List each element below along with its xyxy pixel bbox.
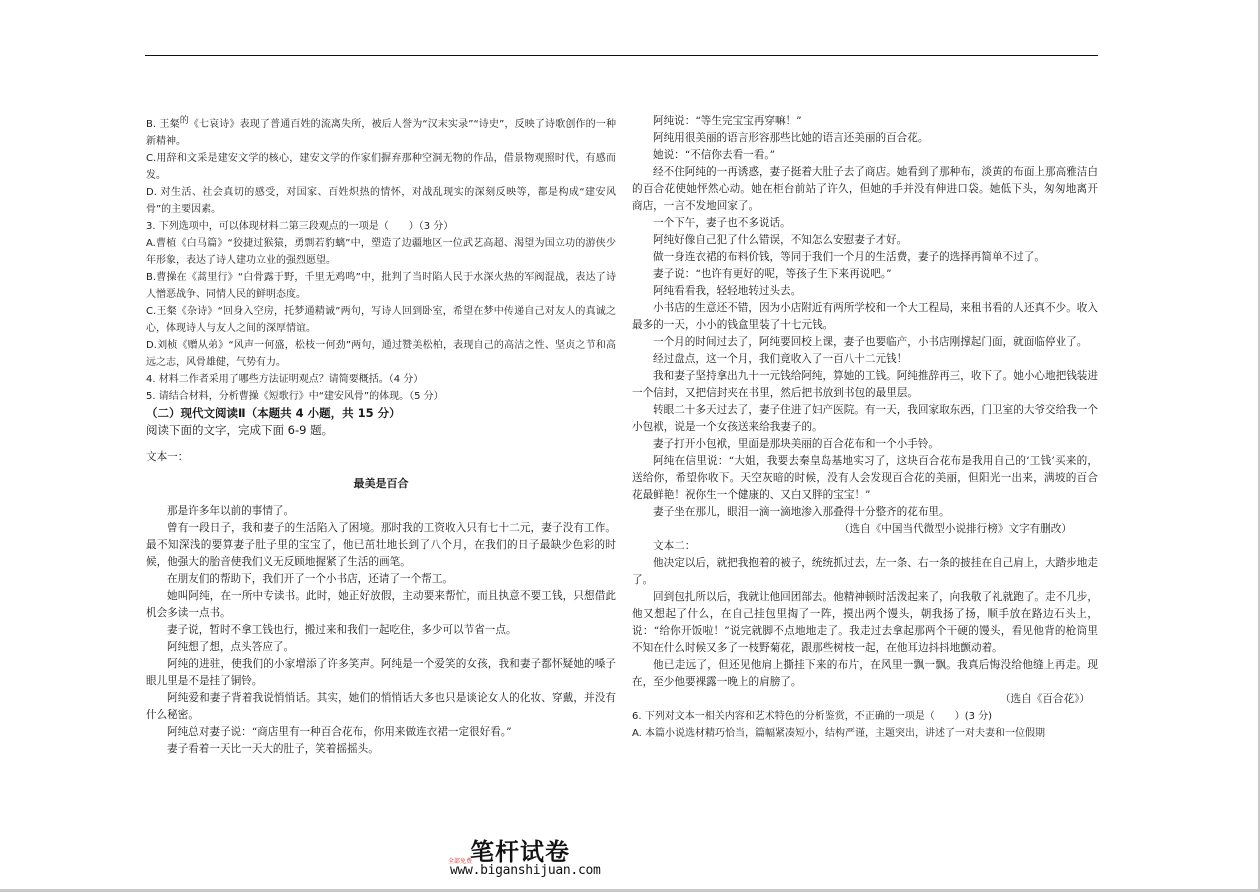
logo-text: 笔杆试卷 [470, 832, 570, 867]
story-paragraph: 经过盘点，这一个月，我们竟收入了一百八十二元钱！ [632, 351, 1098, 368]
story-paragraph: 妻子打开小包袱，里面是那块美丽的百合花布和一个小手铃。 [632, 436, 1098, 453]
right-column: 阿纯说：“等生完宝宝再穿嘛！” 阿纯用很美丽的语言形容那些比她的语言还美丽的百合… [632, 113, 1098, 742]
question-4: 4. 材料二作者采用了哪些方法证明观点？请简要概括。（4 分） [146, 371, 616, 388]
story-paragraph: 阿纯在信里说：“大姐，我要去秦皇岛基地实习了，这块百合花布是我用自己的‘工钱’买… [632, 453, 1098, 504]
text-two-paragraph: 他已走远了，但还见他肩上撕挂下来的布片，在风里一飘一飘。我真后悔没给他缝上再走。… [632, 657, 1098, 691]
text-two-paragraph: 回到包扎所以后，我就让他回团部去。他精神顿时活泼起来了，向我敬了礼就跑了。走不几… [632, 589, 1098, 657]
story-paragraph: 转眼二十多天过去了，妻子住进了妇产医院。有一天，我回家取东西，门卫室的大爷交给我… [632, 402, 1098, 436]
question-3-option-d: D.刘桢《赠从弟》“风声一何盛，松枝一何劲”两句，通过赞美松柏，表现自己的高洁之… [146, 337, 616, 371]
story-title: 最美是百合 [146, 475, 616, 492]
question-5: 5. 请结合材料，分析曹操《短歌行》中“建安风骨”的体现。（5 分） [146, 388, 616, 405]
question-3-option-c: C.王粲《杂诗》“回身入空房，托梦通精诚”两句，写诗人回到卧室，希望在梦中传递自… [146, 303, 616, 337]
source-citation: （选自《中国当代微型小说排行榜》文字有删改） [632, 521, 1098, 538]
option-text: 《七哀诗》表现了普通百姓的流离失所，被后人誉为“汉末实录”“诗史”，反映了诗歌创… [146, 119, 616, 147]
story-paragraph: 一个下午，妻子也不多说话。 [632, 215, 1098, 232]
story-paragraph: 那是许多年以前的事情了。 [146, 503, 616, 520]
story-paragraph: 阿纯想了想，点头答应了。 [146, 639, 616, 656]
story-paragraph: 她叫阿纯，在一所中专读书。此时，她正好放假，主动要来帮忙，而且执意不要工钱，只想… [146, 588, 616, 622]
story-paragraph: 经不住阿纯的一再诱惑，妻子挺着大肚子去了商店。她看到了那种布，淡黄的布面上那高雅… [632, 164, 1098, 215]
text-two-label: 文本二： [632, 538, 1098, 555]
story-paragraph: 妻子坐在那儿，眼泪一滴一滴地渗入那叠得十分整齐的花布里。 [632, 504, 1098, 521]
story-paragraph: 阿纯看看我，轻轻地转过头去。 [632, 283, 1098, 300]
option-text: 王粲 [156, 119, 180, 130]
story-paragraph: 阿纯好像自己犯了什么错误，不知怎么安慰妻子才好。 [632, 232, 1098, 249]
story-paragraph: 小书店的生意还不错，因为小店附近有两所学校和一个大工程局，来租书看的人还真不少。… [632, 300, 1098, 334]
question-3: 3. 下列选项中，可以体现材料二第三段观点的一项是（ ）（3 分） [146, 218, 616, 235]
story-paragraph: 阿纯爱和妻子背着我说悄悄话。其实，她们的悄悄话大多也只是谈论女人的化妆、穿戴，并… [146, 690, 616, 724]
site-logo[interactable]: 全部免费 笔杆试卷 www.biganshijuan.com [448, 832, 608, 882]
question-3-option-a: A.曹植《白马篇》“狡捷过猴猿，勇剽若豹螭”中，塑造了边疆地区一位武艺高超、渴望… [146, 235, 616, 269]
story-paragraph: 在朋友们的帮助下，我们开了一个小书店，还请了一个帮工。 [146, 571, 616, 588]
option-c-item: C.用辞和文采是建安文学的核心，建安文学的作家们摒弃那种空洞无物的作品，借景物观… [146, 150, 616, 184]
story-paragraph: 妻子看着一天比一天大的肚子，笑着摇摇头。 [146, 741, 616, 758]
text-two-paragraph: 他决定以后，就把我抱着的被子，统统抓过去，左一条、右一条的披挂在自己肩上，大踏步… [632, 555, 1098, 589]
story-paragraph: 阿纯总对妻子说：“商店里有一种百合花布，你用来做连衣裙一定很好看。” [146, 724, 616, 741]
source-citation: （选自《百合花》） [632, 691, 1098, 708]
story-paragraph: 我和妻子坚持拿出九十一元钱给阿纯，算她的工钱。阿纯推辞再三，收下了。她小心地把钱… [632, 368, 1098, 402]
story-paragraph: 阿纯的进驻，使我们的小家增添了许多笑声。阿纯是一个爱笑的女孩，我和妻子都怀疑她的… [146, 656, 616, 690]
question-6-option-a: A. 本篇小说选材精巧恰当，篇幅紧凑短小，结构严谨，主题突出，讲述了一对夫妻和一… [632, 725, 1098, 742]
option-label: B. [146, 119, 156, 130]
story-paragraph: 做一身连衣裙的布料价钱，等同于我们一个月的生活费，妻子的选择再简单不过了。 [632, 249, 1098, 266]
story-paragraph: 一个月的时间过去了，阿纯要回校上课，妻子也要临产，小书店刚撑起门面，就面临停业了… [632, 334, 1098, 351]
story-paragraph: 阿纯说：“等生完宝宝再穿嘛！” [632, 113, 1098, 130]
section-intro: 阅读下面的文字，完成下面 6-9 题。 [146, 422, 616, 439]
story-paragraph: 妻子说，暂时不拿工钱也行，搬过来和我们一起吃住，多少可以节省一点。 [146, 622, 616, 639]
option-b-item: B. 王粲的《七哀诗》表现了普通百姓的流离失所，被后人誉为“汉末实录”“诗史”，… [146, 113, 616, 150]
story-paragraph: 阿纯用很美丽的语言形容那些比她的语言还美丽的百合花。 [632, 130, 1098, 147]
question-6: 6. 下列对文本一相关内容和艺术特色的分析鉴赏，不正确的一项是（ ）(3 分) [632, 708, 1098, 725]
left-column: B. 王粲的《七哀诗》表现了普通百姓的流离失所，被后人誉为“汉末实录”“诗史”，… [146, 113, 616, 758]
story-paragraph: 曾有一段日子，我和妻子的生活陷入了困境。那时我的工资收入只有七十二元，妻子没有工… [146, 520, 616, 571]
question-3-option-b: B.曹操在《蒿里行》“白骨露于野，千里无鸡鸣”中，批判了当时陷人民于水深火热的军… [146, 269, 616, 303]
option-d-item: D. 对生活、社会真切的感受，对国家、百姓炽热的情怀，对战乱现实的深刻反映等，都… [146, 184, 616, 218]
text-one-label: 文本一： [146, 449, 616, 466]
logo-url[interactable]: www.biganshijuan.com [450, 863, 601, 878]
superscript-note: 的 [180, 116, 189, 126]
header-rule [145, 55, 1098, 56]
section-title: （二）现代文阅读Ⅱ（本题共 4 小题，共 15 分） [146, 405, 616, 422]
story-paragraph: 妻子说：“也许有更好的呢，等孩子生下来再说吧。” [632, 266, 1098, 283]
story-paragraph: 她说：“不信你去看一看。” [632, 147, 1098, 164]
